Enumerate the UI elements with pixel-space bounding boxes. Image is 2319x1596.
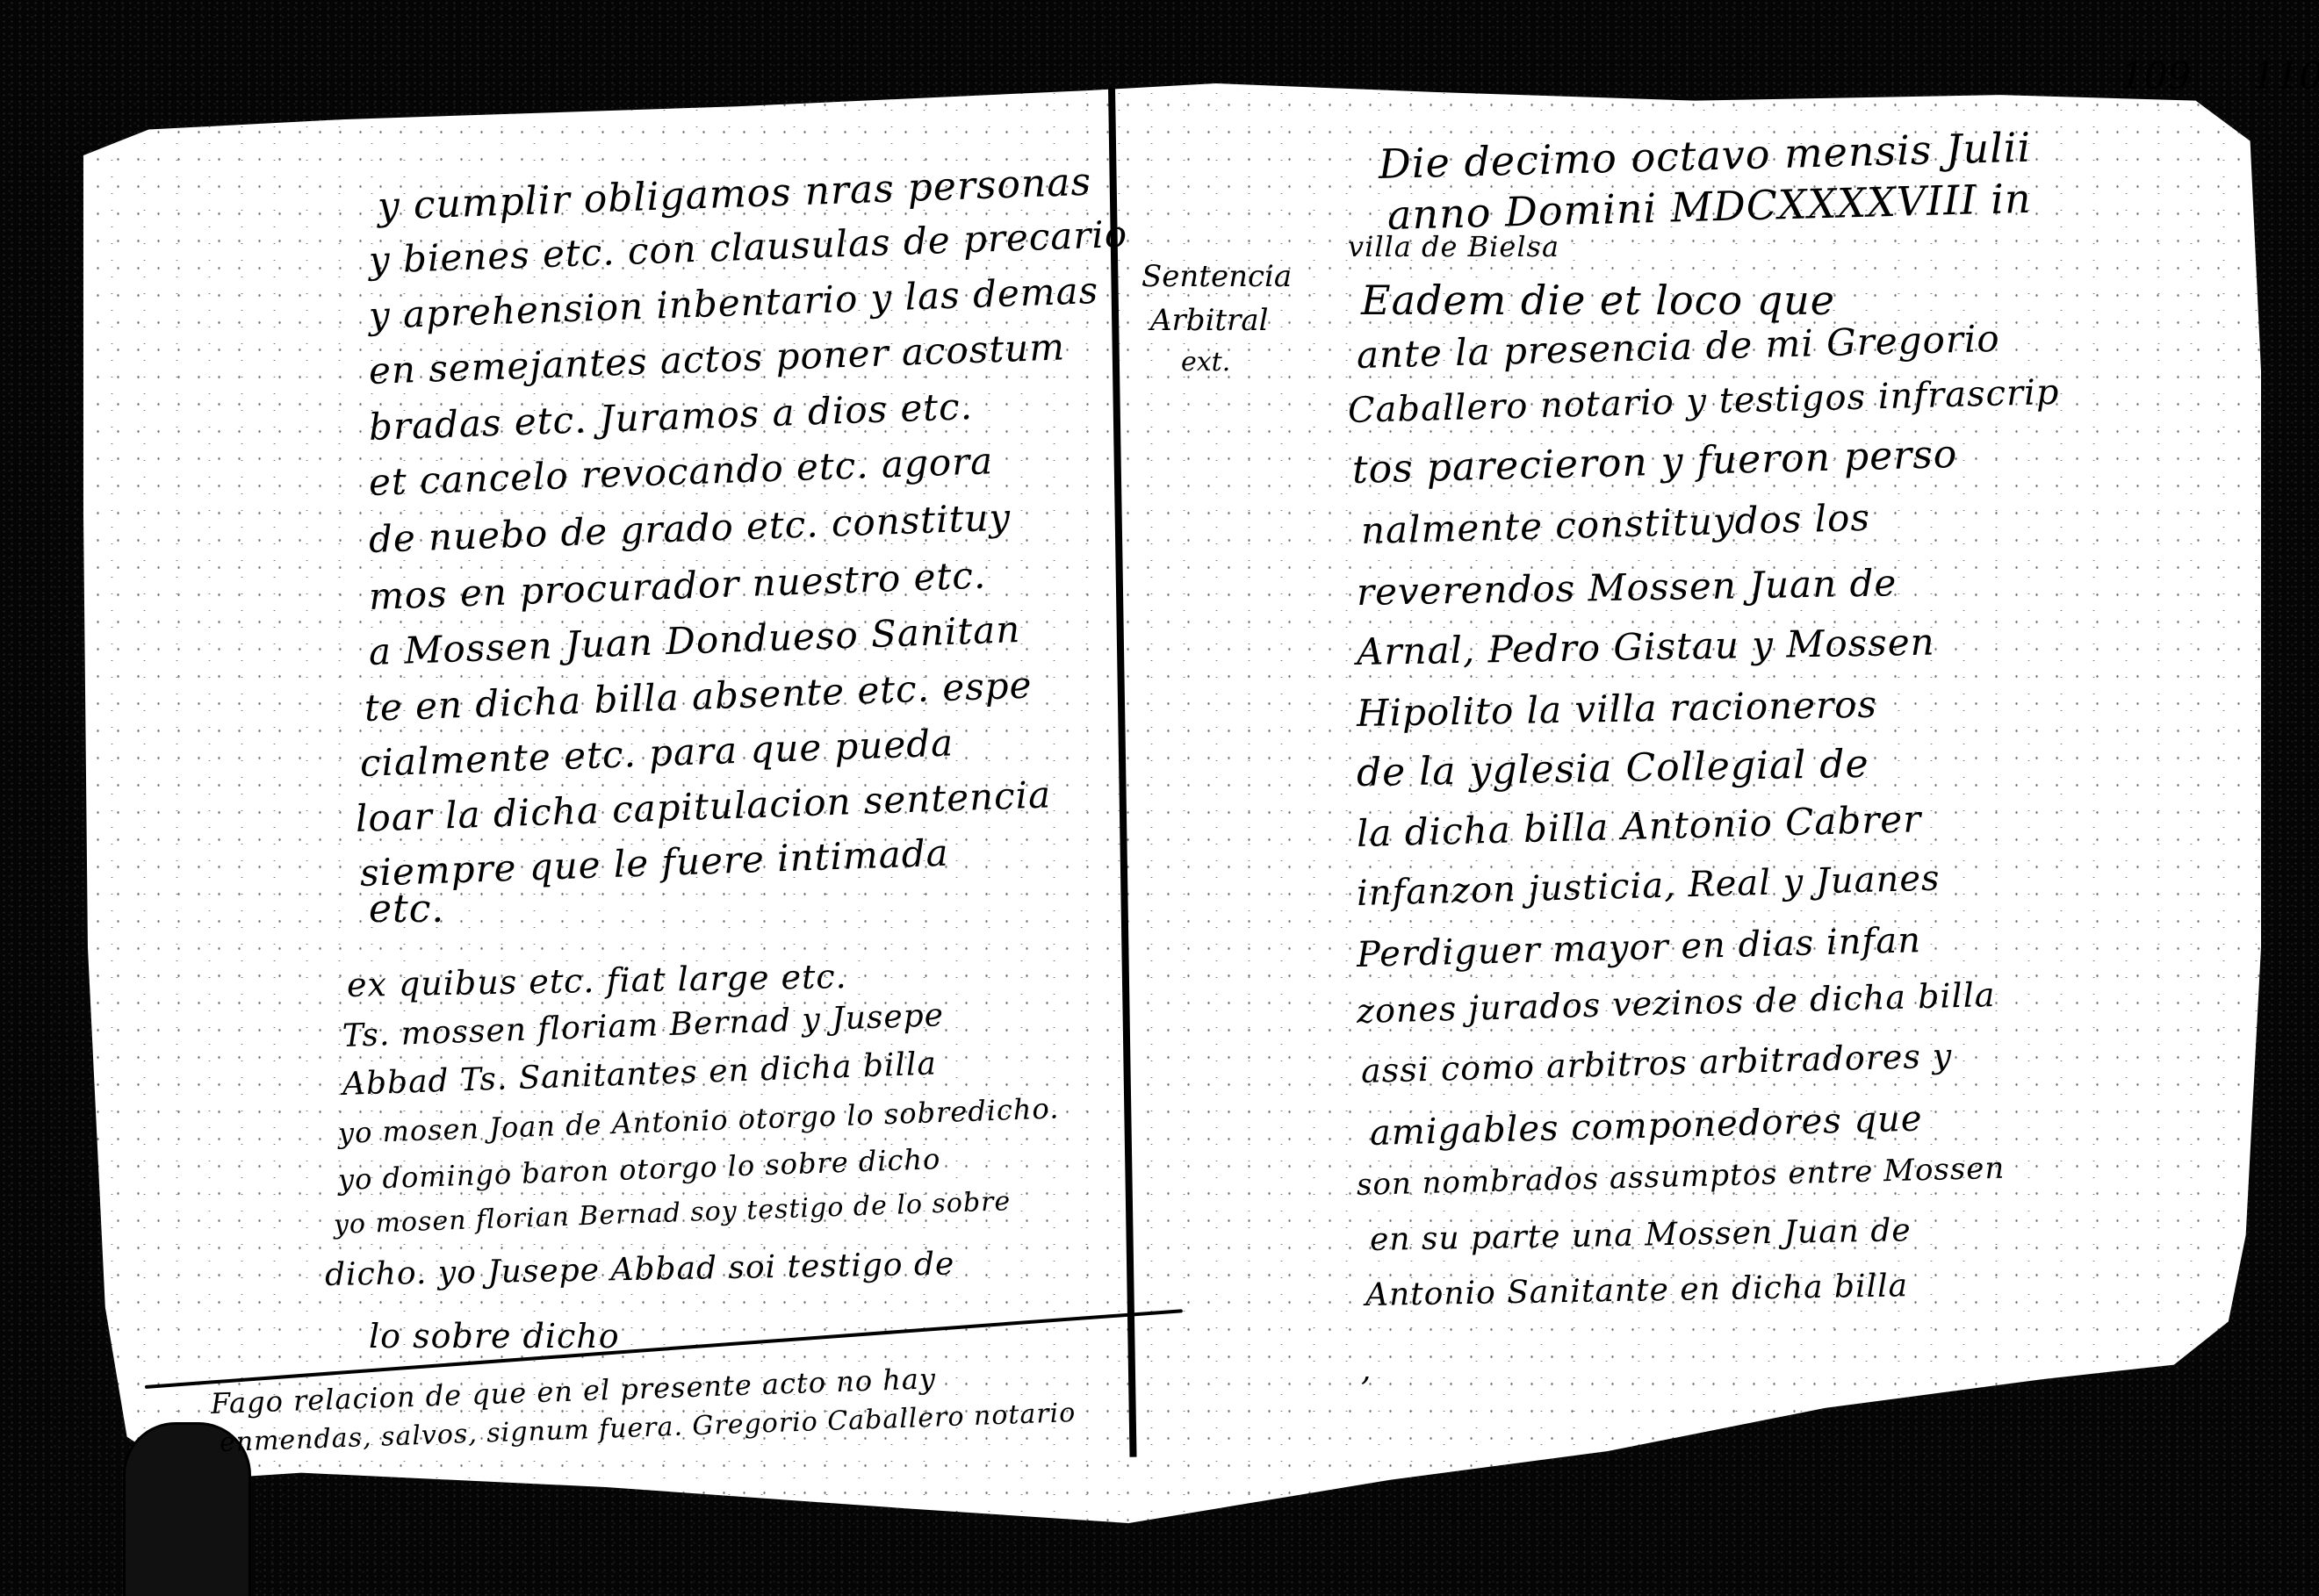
text-line: villa de Bielsa	[1348, 230, 1559, 263]
folio-number-right: 110	[2252, 54, 2319, 97]
text-line: Eadem die et loco que	[1361, 277, 1835, 324]
margin-note: Arbitral	[1150, 303, 1269, 338]
witness-line: lo sobre dicho	[369, 1317, 620, 1355]
margin-note: ext.	[1181, 347, 1230, 377]
margin-note: Sentencia	[1141, 259, 1292, 294]
text-line: etc.	[369, 887, 444, 931]
text-line: ,	[1361, 1352, 1372, 1388]
text-line: de la yglesia Collegial de	[1357, 742, 1869, 795]
text-line: Hipolito la villa racioneros	[1357, 683, 1878, 735]
folio-number-left: 109	[2121, 54, 2191, 97]
